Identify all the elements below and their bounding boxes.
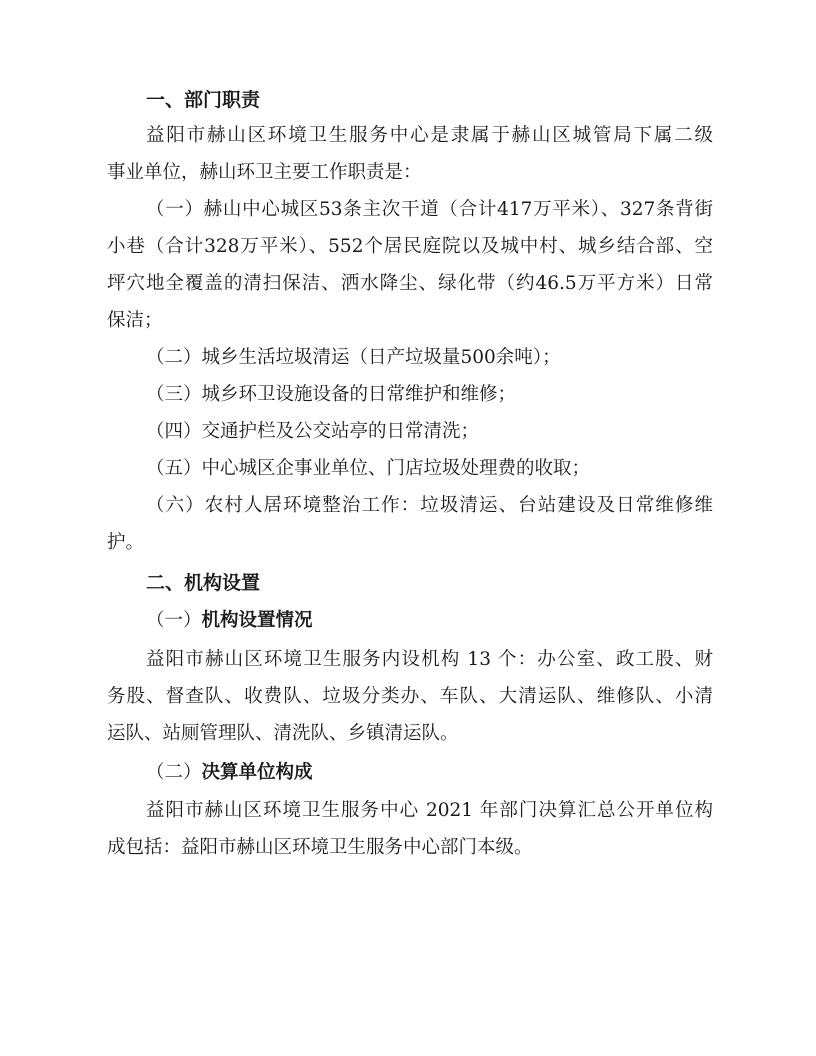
paragraph-line: 务股、督查队、收费队、垃圾分类办、车队、大清运队、维修队、小清 [107,685,713,709]
duty-item-2: （二）城乡生活垃圾清运（日产垃圾量500余吨）； [146,346,713,370]
subheading-title: 决算单位构成 [202,762,313,783]
section-heading-organization: 二、机构设置 [146,571,260,595]
subheading-organization-setup: （一）机构设置情况 [146,609,313,633]
duty-item-5: （五）中心城区企事业单位、门店垃圾处理费的收取； [146,457,713,481]
duty-item-1-line: 坪穴地全覆盖的清扫保洁、洒水降尘、绿化带（约46.5万平方米）日常 [107,272,713,296]
subheading-prefix: （一） [146,610,202,631]
subheading-title: 机构设置情况 [202,610,313,631]
paragraph-line: 成包括：益阳市赫山区环境卫生服务中心部门本级。 [107,836,713,860]
paragraph-line: 事业单位，赫山环卫主要工作职责是： [107,161,713,185]
duty-item-6-line: （六）农村人居环境整治工作：垃圾清运、台站建设及日常维修维 [146,494,713,518]
subheading-budget-unit-composition: （二）决算单位构成 [146,761,313,785]
paragraph-line: 益阳市赫山区环境卫生服务内设机构 13 个：办公室、政工股、财 [146,648,713,672]
duty-item-1-line: （一）赫山中心城区53条主次干道（合计417万平米）、327条背街 [146,198,713,222]
duty-item-1-line: 小巷（合计328万平米）、552个居民庭院以及城中村、城乡结合部、空 [107,235,713,259]
duty-item-3: （三）城乡环卫设施设备的日常维护和维修； [146,383,713,407]
duty-item-4: （四）交通护栏及公交站亭的日常清洗； [146,420,713,444]
paragraph-line: 运队、站厕管理队、清洗队、乡镇清运队。 [107,722,713,746]
paragraph-line: 益阳市赫山区环境卫生服务中心 2021 年部门决算汇总公开单位构 [146,799,713,823]
section-heading-department-duties: 一、部门职责 [146,88,260,112]
subheading-prefix: （二） [146,762,202,783]
duty-item-1-line: 保洁； [107,309,713,333]
paragraph-line: 益阳市赫山区环境卫生服务中心是隶属于赫山区城管局下属二级 [146,124,713,148]
duty-item-6-line: 护。 [107,531,713,555]
